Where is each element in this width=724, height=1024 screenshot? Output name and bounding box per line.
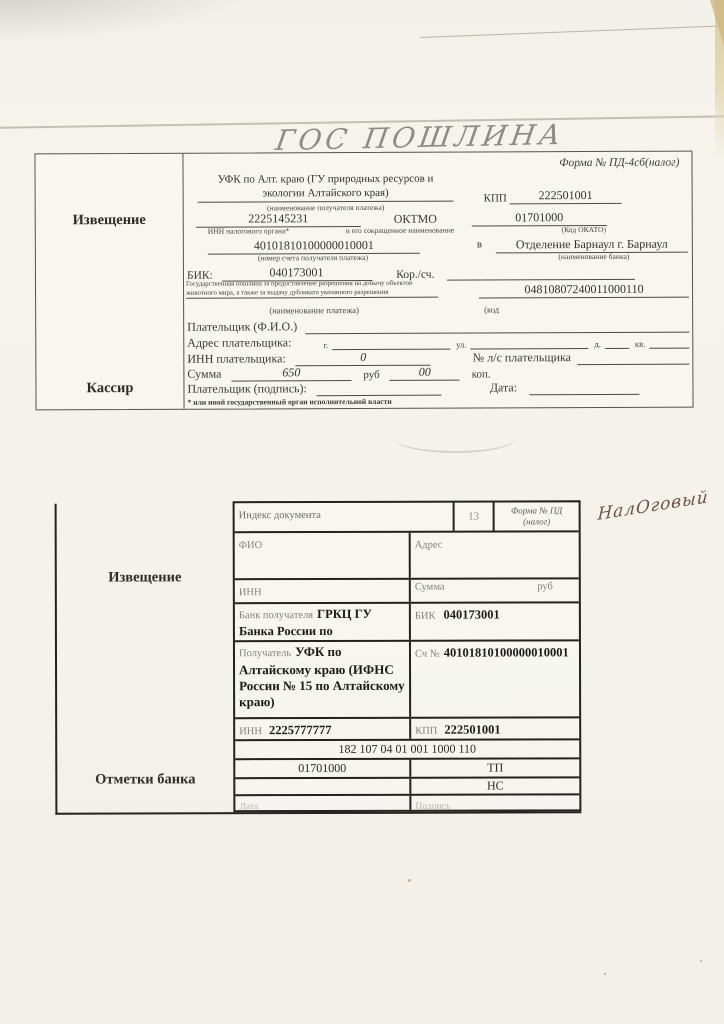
sum-kop-value: 00: [390, 365, 460, 381]
payer-blank: [305, 320, 689, 335]
recipient-account-row: Получатель УФК по Алтайскому краю (ИФНС …: [235, 641, 579, 719]
kpp-cell: КПП 222501001: [411, 718, 579, 738]
city-blank: [332, 337, 450, 351]
bank-cell: Банк получателя ГРКЦ ГУ Банка России по: [235, 604, 411, 640]
form2-kbk-value: 182 107 04 01 001 1000 110: [338, 742, 476, 757]
inn-sum-row: ИНН Сумма руб: [235, 579, 579, 604]
form1-kbk: 04810807240011000110: [479, 282, 689, 299]
handwritten-note: НалОговый: [597, 487, 709, 525]
date-signature-row: Дата Подпись: [235, 795, 579, 810]
ns-row: НС: [235, 778, 579, 796]
street-abbr: ул.: [456, 340, 466, 350]
okato-caption: (Код ОКАТО): [519, 225, 649, 235]
inn-kpp-row: ИНН 2225777777 КПП 222501001: [235, 718, 579, 741]
in-label: в: [477, 238, 482, 250]
doc-index-label: Индекс документа: [239, 510, 321, 521]
form2-notice-label: Извещение: [57, 569, 233, 586]
form1-recipient-name: УФК по Алт. краю (ГУ природных ресурсов …: [198, 173, 454, 203]
inn-org-caption: ИНН налогового органа*: [208, 226, 289, 235]
scan-corner-artifact: [710, 0, 724, 46]
korsch-blank: [447, 267, 635, 281]
recipient-cell: Получатель УФК по Алтайскому краю (ИФНС …: [235, 642, 411, 717]
form2-bank-label: Банк получателя: [239, 610, 313, 621]
form2-signature-label: Подпись: [415, 802, 450, 810]
form2-address-label: Адрес: [415, 539, 443, 550]
kbk-cell: 182 107 04 01 001 1000 110: [235, 740, 579, 758]
paper-fold-mark: [395, 425, 515, 453]
form1-fields: Форма № ПД-4сб(налог) УФК по Алт. краю (…: [183, 152, 692, 409]
payment-form-pd4sb: Извещение Кассир Форма № ПД-4сб(налог) У…: [34, 151, 693, 411]
tp-cell: ТП: [411, 759, 579, 776]
address-label: Адрес плательщика:: [187, 335, 291, 350]
date-blank: [529, 382, 639, 395]
form1-footnote: * или иной государственный орган исполни…: [188, 397, 392, 407]
form2-bik-value: 040173001: [443, 608, 499, 622]
fio-cell: ФИО: [235, 532, 411, 578]
signature-blank: [317, 383, 442, 397]
form1-left-column: Извещение Кассир: [35, 154, 184, 410]
payer-label: Плательщик (Ф.И.О.): [187, 319, 297, 334]
ns-cell: НС: [411, 778, 579, 793]
signature-label: Плательщик (подпись):: [187, 381, 306, 397]
fio-address-row: ФИО Адрес: [235, 532, 579, 580]
form2-kpp-label: КПП: [415, 726, 437, 737]
bank-caption: (наименование банка): [514, 252, 674, 262]
address-cell: Адрес: [411, 532, 579, 578]
signature-cell: Подпись: [411, 795, 579, 809]
bank-bik-row: Банк получателя ГРКЦ ГУ Банка России по …: [235, 603, 579, 642]
payment-purpose-text: Государственная пошлина за предоставлени…: [186, 279, 438, 299]
kbk-caption: (код: [484, 304, 499, 314]
street-blank: [470, 336, 588, 350]
form2-inn2-label: ИНН: [239, 726, 262, 737]
rub-label: руб: [363, 369, 379, 381]
oktmo-tp-row: 01701000 ТП: [235, 759, 579, 779]
scan-speck: [408, 879, 411, 882]
form2-bank-marks-label: Отметки банка: [57, 771, 233, 788]
form2-kpp-value: 222501001: [444, 723, 500, 737]
scan-fold-line: [420, 25, 724, 38]
date-label: Дата:: [490, 380, 517, 395]
scan-speck: [604, 973, 606, 975]
city-abbr: г.: [323, 340, 328, 350]
account-cell: Сч № 40101810100000010001: [411, 641, 579, 716]
form2-account-label: Сч №: [415, 649, 440, 660]
recipient-line2: экологии Алтайского края): [263, 186, 389, 199]
account-caption: (номер счета получателя платежа): [218, 253, 408, 263]
bik-cell: БИК 040173001: [411, 603, 579, 639]
inn-cell: ИНН: [235, 580, 411, 602]
form2-oktmo-value: 01701000: [298, 761, 346, 776]
empty-cell: [235, 779, 411, 794]
form2-tp-value: ТП: [487, 761, 503, 776]
kpp-value: 222501001: [510, 188, 622, 204]
house-abbr: д.: [594, 339, 601, 349]
kbk-value: 04810807240011000110: [479, 282, 689, 299]
form-label-line1: Форма № ПД: [511, 505, 562, 515]
apt-abbr: кв.: [635, 339, 645, 349]
kbk-row: 182 107 04 01 001 1000 110: [235, 740, 579, 760]
doc-index-value: 13: [468, 510, 479, 522]
form2-inn-label: ИНН: [239, 587, 262, 598]
form2-ns-value: НС: [487, 779, 504, 794]
scanned-page: ГОС ПОШЛИНА НалОговый Извещение Кассир Ф…: [0, 0, 724, 1024]
sum-cell: Сумма руб: [411, 579, 579, 601]
doc-index-row: Индекс документа 13 Форма № ПД (налог): [235, 502, 579, 533]
form2-account-value: 40101810100000010001: [444, 645, 569, 659]
form2-table: Индекс документа 13 Форма № ПД (налог) Ф…: [233, 500, 582, 812]
date-cell: Дата: [235, 796, 411, 810]
signature-row: Плательщик (подпись): Дата:: [187, 380, 647, 397]
scan-speck: [700, 960, 702, 962]
form1-inn-org: 2225145231: [196, 211, 361, 228]
form2-form-number-cell: Форма № ПД (налог): [495, 502, 579, 530]
form2-form-number: Форма № ПД (налог): [511, 505, 562, 527]
form2-rub-label: руб: [537, 581, 553, 599]
house-blank: [605, 336, 629, 349]
form1-kpp: КПП 222501001: [484, 188, 622, 205]
sum-row: Сумма 650 руб 00 коп.: [187, 364, 527, 381]
personal-account-blank: [577, 352, 689, 365]
personal-account-label: № л/с плательщика: [473, 350, 571, 365]
purpose-caption: (наименование платежа): [224, 305, 404, 316]
form1-cashier-label: Кассир: [36, 380, 183, 398]
fio-label: ФИО: [239, 540, 262, 551]
inn-org-value: 2225145231: [196, 211, 361, 228]
kop-label: коп.: [472, 368, 491, 380]
payment-form-pd-nalog: Извещение Отметки банка Индекс документа…: [55, 502, 582, 814]
form2-recipient-label: Получатель: [239, 648, 291, 659]
form2-date-label: Дата: [239, 802, 258, 810]
sum-label: Сумма: [187, 367, 221, 382]
sum-rub-value: 650: [231, 365, 351, 382]
form2-sum-label: Сумма: [415, 582, 445, 600]
form1-form-number: Форма № ПД-4сб(налог): [559, 157, 679, 170]
payer-row: Плательщик (Ф.И.О.): [187, 318, 689, 335]
oktmo-label: ОКТМО: [394, 212, 437, 227]
form2-inn2-value: 2225777777: [269, 723, 332, 737]
form-label-line2: (налог): [523, 516, 550, 526]
doc-index-value-cell: 13: [455, 503, 495, 531]
kpp-label: КПП: [484, 192, 507, 204]
short-name-caption: и его сокращенное наименование: [346, 226, 454, 235]
apt-blank: [649, 336, 689, 349]
inn2-cell: ИНН 2225777777: [235, 719, 411, 739]
form2-bik-label: БИК: [415, 611, 436, 622]
form1-notice-label: Извещение: [36, 212, 183, 230]
doc-index-cell: Индекс документа: [235, 503, 455, 531]
oktmo-cell: 01701000: [235, 760, 411, 777]
recipient-line1: УФК по Алт. краю (ГУ природных ресурсов …: [218, 173, 434, 186]
